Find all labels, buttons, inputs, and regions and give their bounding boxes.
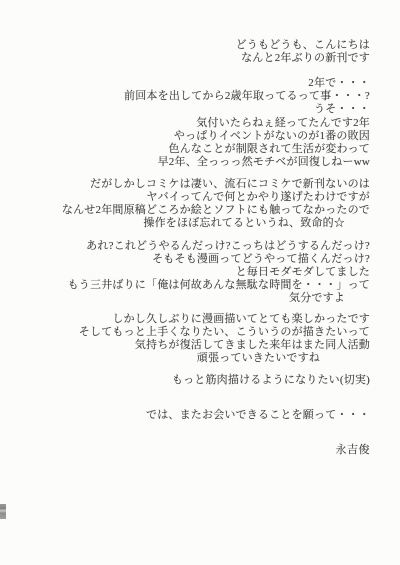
afterword-line: 頑張っていきたいですね <box>20 352 370 365</box>
afterword-line: そもそも漫画ってどうやって描くんだっけ? <box>20 253 370 266</box>
afterword-page: どうもどうも、こんにちは なんと2年ぶりの新刊です 2年で・・・ 前回本を出して… <box>0 0 400 565</box>
afterword-line: では、またお会いできることを願って・・・ <box>20 409 370 422</box>
afterword-line: なんせ2年間原稿どころか絵とソフトにも触ってなかったので <box>20 204 370 217</box>
afterword-line: 色んなことが制限されて生活が変わって <box>20 143 370 156</box>
afterword-line: 気付いたらねぇ経ってたんです2年 <box>20 117 370 130</box>
afterword-line: あれ?これどうやるんだっけ?こっちはどうするんだっけ? <box>20 240 370 253</box>
afterword-line: どうもどうも、こんにちは <box>20 39 370 52</box>
afterword-line: もっと筋肉描けるようになりたい(切実) <box>20 374 370 387</box>
afterword-line: なんと2年ぶりの新刊です <box>20 52 370 65</box>
afterword-paragraph-motivation: 気付いたらねぇ経ってたんです2年 やっぱりイベントがないのが1番の敗因 色んなこ… <box>20 117 370 169</box>
afterword-paragraph-muscles: もっと筋肉描けるようになりたい(切実) <box>20 374 370 387</box>
afterword-paragraph-farewell: では、またお会いできることを願って・・・ <box>20 409 370 422</box>
afterword-line: 前回本を出してから2歳年取ってるって事・・・? <box>20 90 370 103</box>
afterword-paragraph-two-years: 2年で・・・ 前回本を出してから2歳年取ってるって事・・・? うそ・・・ <box>20 77 370 116</box>
afterword-paragraph-revival: しかし久しぶりに漫画描いてとても楽しかったです そしてもっと上手くなりたい、こう… <box>20 313 370 365</box>
afterword-line: しかし久しぶりに漫画描いてとても楽しかったです <box>20 313 370 326</box>
afterword-line: と毎日モダモダしてました <box>20 266 370 279</box>
afterword-line: 操作をほぼ忘れてるというね、致命的☆ <box>20 217 370 230</box>
afterword-line: そしてもっと上手くなりたい、こういうのが描きたいって <box>20 326 370 339</box>
afterword-paragraph-forgetting: あれ?これどうやるんだっけ?こっちはどうするんだっけ? そもそも漫画ってどうやっ… <box>20 240 370 305</box>
afterword-line: ヤバイってんで何とかやり遂げたわけですが <box>20 191 370 204</box>
afterword-line: 気分ですよ <box>20 292 370 305</box>
afterword-line: 2年で・・・ <box>20 77 370 90</box>
afterword-line: やっぱりイベントがないのが1番の敗因 <box>20 130 370 143</box>
afterword-paragraph-greeting: どうもどうも、こんにちは なんと2年ぶりの新刊です <box>20 39 370 65</box>
afterword-line: 気持ちが復活してきました来年はまた同人活動 <box>20 339 370 352</box>
afterword-line: うそ・・・ <box>20 103 370 116</box>
afterword-paragraph-comiket: だがしかしコミケは凄い、流石にコミケで新刊ないのは ヤバイってんで何とかやり遂げ… <box>20 178 370 230</box>
page-edge-artifact <box>0 504 6 519</box>
afterword-line: だがしかしコミケは凄い、流石にコミケで新刊ないのは <box>20 178 370 191</box>
afterword-line: 早2年、全っっっ然モチベが回復しねーww <box>20 156 370 169</box>
afterword-line: もう三井ばりに「俺は何故あんな無駄な時間を・・・」って <box>20 279 370 292</box>
author-signature: 永吉俊 <box>20 444 370 457</box>
